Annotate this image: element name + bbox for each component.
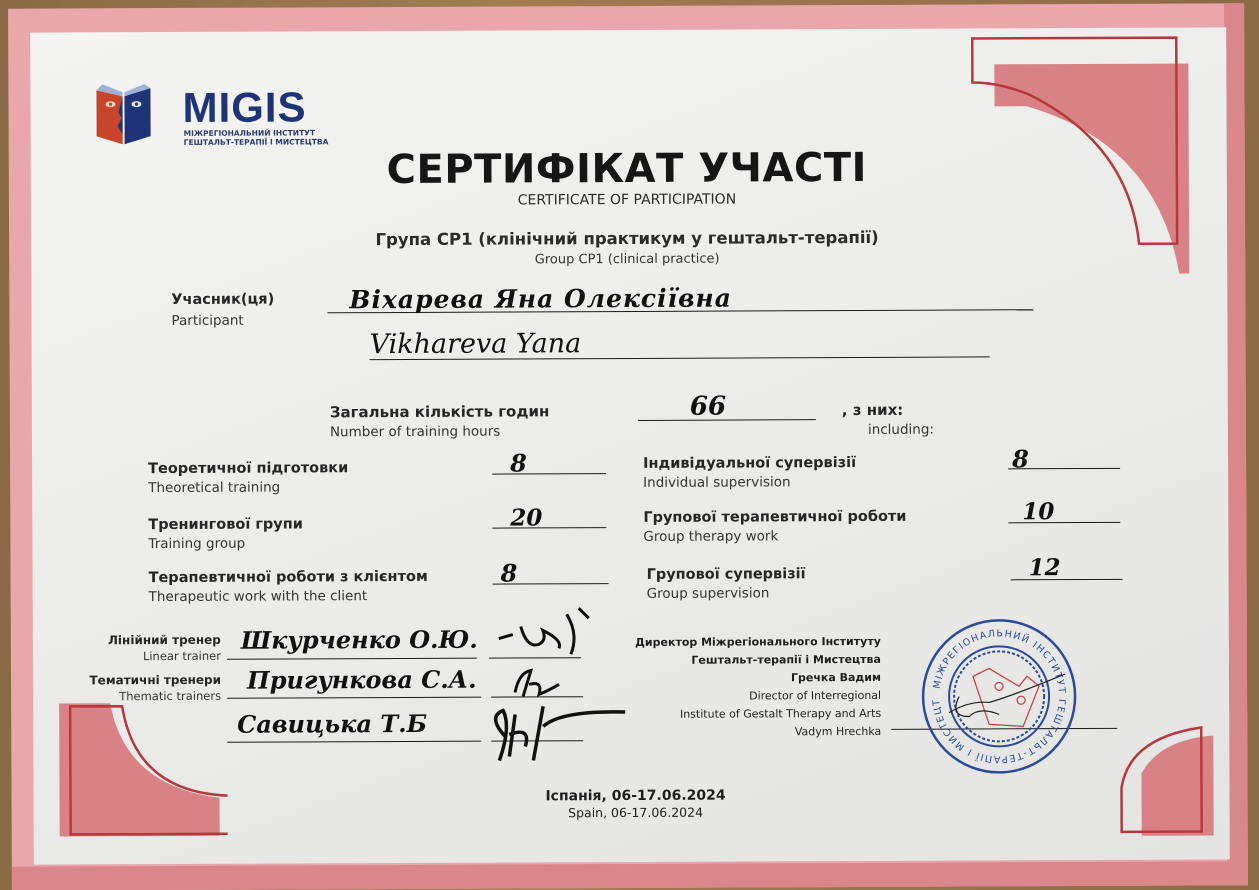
hours-item-label: Терапевтичної роботи з клієнтом (149, 569, 428, 586)
total-hours-label-en: Number of training hours (330, 424, 500, 441)
hours-item-label: Групової супервізії (647, 566, 806, 583)
participant-name-ua: Віхарева Яна Олексіївна (349, 284, 732, 315)
including-label-en: including: (868, 422, 934, 438)
director-line2-en: Institute of Gestalt Therapy and Arts (571, 705, 881, 724)
hours-item-value: 12 (1028, 554, 1060, 581)
hours-right-column: Індивідуальної супервізії Individual sup… (8, 3, 1244, 8)
hours-item-label: Групової терапевтичної роботи (643, 509, 906, 526)
hours-item-label: Індивідуальної супервізії (643, 455, 856, 472)
logo-subtitle: МІЖРЕГІОНАЛЬНИЙ ІНСТИТУТ ГЕШТАЛЬТ-ТЕРАПІ… (184, 128, 329, 147)
thematic-trainer-name: Пригункова С.А. (247, 665, 477, 695)
hours-item-label: Тренингової групи (148, 516, 303, 533)
hours-item-label-en: Group therapy work (643, 528, 778, 545)
director-line1-en: Director of Interregional (571, 687, 881, 706)
director-line2: Гештальт-терапії і Мистецтва (571, 651, 881, 670)
hours-item-label-en: Group supervision (647, 585, 770, 602)
stamp-text: МІЖРЕГІОНАЛЬНИЙ ІНСТИТУТ ГЕШТАЛЬТ-ТЕРАПІ… (919, 616, 1068, 765)
hours-item-label-en: Individual supervision (643, 474, 790, 491)
participant-label-en: Participant (171, 313, 243, 329)
director-name: Гречка Вадим (571, 669, 881, 688)
director-block: Директор Міжрегіонального Інституту Гешт… (571, 633, 881, 742)
logo-subtitle-line2: ГЕШТАЛЬТ-ТЕРАПІЇ І МИСТЕЦТВА (184, 137, 329, 147)
logo-wordmark: MIGIS (182, 83, 306, 132)
thematic-trainers-label: Тематичні тренери (71, 673, 221, 688)
institute-stamp: МІЖРЕГІОНАЛЬНИЙ ІНСТИТУТ ГЕШТАЛЬТ-ТЕРАПІ… (919, 616, 1080, 777)
linear-trainer-name: Шкурченко О.Ю. (241, 625, 478, 655)
thematic-trainers-label-en: Thematic trainers (71, 689, 221, 704)
participant-name-en: Vikhareva Yana (369, 328, 581, 360)
svg-text:МІЖРЕГІОНАЛЬНИЙ ІНСТИТУТ ГЕШТА: МІЖРЕГІОНАЛЬНИЙ ІНСТИТУТ ГЕШТАЛЬТ-ТЕРАПІ… (919, 616, 1068, 765)
linear-trainer-label: Лінійний тренер (71, 633, 221, 648)
hours-item-label-en: Therapeutic work with the client (149, 588, 368, 605)
total-hours-label: Загальна кількість годин (330, 402, 550, 421)
hours-item-label: Теоретичної підготовки (148, 460, 348, 477)
certificate-sheet: MIGIS МІЖРЕГІОНАЛЬНИЙ ІНСТИТУТ ГЕШТАЛЬТ-… (8, 3, 1248, 890)
certificate-title: СЕРТИФІКАТ УЧАСТІ (9, 143, 1245, 194)
migis-logo-icon (90, 82, 156, 146)
including-label: , з них: (842, 401, 903, 419)
total-hours-value: 66 (690, 392, 726, 422)
corner-ornament-bottom-left (47, 698, 228, 849)
hours-item-label-en: Theoretical training (148, 480, 280, 497)
participant-label: Учасник(ця) (171, 292, 274, 308)
director-name-en: Vadym Hrechka (571, 723, 881, 742)
director-line1: Директор Міжрегіонального Інституту (571, 633, 881, 652)
thematic-trainer-name: Савицька Т.Б (237, 709, 427, 739)
hours-left-column: Теоретичної підготовки Theoretical train… (8, 3, 1244, 8)
border-shade (12, 861, 1248, 890)
hours-item-label-en: Training group (148, 536, 245, 552)
linear-trainer-label-en: Linear trainer (71, 649, 221, 664)
